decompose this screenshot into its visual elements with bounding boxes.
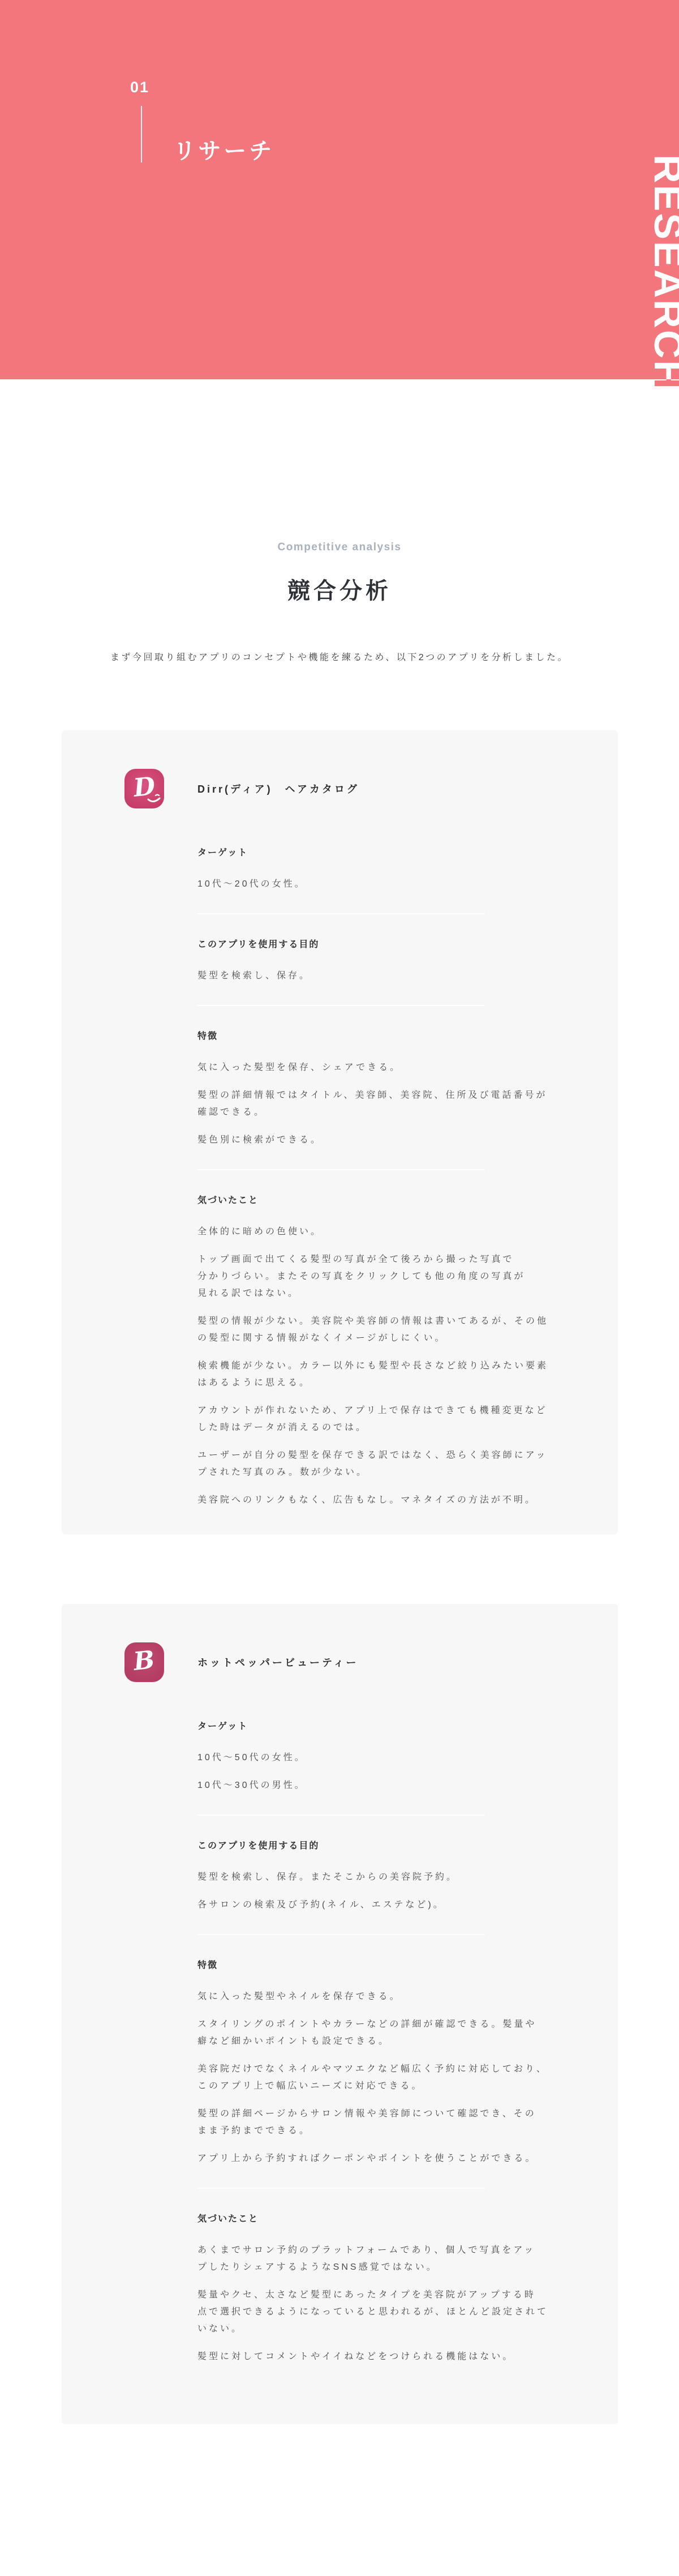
section-eyebrow: Competitive analysis [0, 541, 679, 554]
section-paragraph: アプリ上から予約すればクーポンやポイントを使うことができる。 [197, 2150, 548, 2167]
section-paragraph: あくまでサロン予約のプラットフォームであり、個人で写真をアッ プしたりシェアする… [197, 2242, 548, 2276]
app-review-card: Bホットペッパービューティーターゲット10代〜50代の女性。10代〜30代の男性… [62, 1604, 618, 2424]
section-heading: 気づいたこと [197, 1194, 548, 1208]
research-side-label: RESEARCH [648, 155, 679, 391]
section-paragraph: 髪型の詳細ページからサロン情報や美容師について確認でき、その まま予約までできる… [197, 2106, 548, 2139]
chapter-number: 01 [130, 80, 149, 95]
section-heading: 特徴 [197, 1030, 548, 1043]
smiley-icon [147, 794, 161, 804]
section-divider [197, 913, 485, 914]
chapter-title: リサーチ [173, 140, 274, 162]
section-divider [197, 1815, 485, 1816]
dirr-app-icon: D [124, 769, 164, 808]
section-paragraph: 各サロンの検索及び予約(ネイル、エステなど)。 [197, 1897, 548, 1914]
card-sections: ターゲット10代〜20代の女性。このアプリを使用する目的髪型を検索し、保存。特徴… [197, 846, 548, 1509]
research-page: { "theme": { "banner_bg": "#f4767d", "ca… [0, 0, 679, 2576]
section-paragraph: 美容院へのリンクもなく、広告もなし。マネタイズの方法が不明。 [197, 1492, 548, 1509]
section-heading: 気づいたこと [197, 2213, 548, 2226]
section-paragraph: 全体的に暗めの色使い。 [197, 1223, 548, 1240]
hotpepper-beauty-app-icon: B [124, 1642, 164, 1682]
section-paragraph: 気に入った髪型やネイルを保存できる。 [197, 1988, 548, 2005]
section-paragraph: 髪型を検索し、保存。またそこからの美容院予約。 [197, 1869, 548, 1886]
section-divider [197, 1005, 485, 1006]
section-paragraph: ユーザーが自分の髪型を保存できる訳ではなく、恐らく美容師にアッ プされた写真のみ… [197, 1447, 548, 1481]
banner-divider-line [141, 106, 142, 162]
card-header: Bホットペッパービューティー [62, 1604, 618, 1682]
section-paragraph: アカウントが作れないため、アプリ上で保存はできても機種変更など した時はデータが… [197, 1402, 548, 1436]
app-title: ホットペッパービューティー [197, 1655, 359, 1670]
section-heading: 特徴 [197, 1959, 548, 1972]
section-paragraph: 髪色別に検索ができる。 [197, 1132, 548, 1149]
section-paragraph: 髪型の情報が少ない。美容院や美容師の情報は書いてあるが、その他 の髪型に関する情… [197, 1313, 548, 1347]
section-divider [197, 1934, 485, 1935]
section-paragraph: 髪量やクセ、太さなど髪型にあったタイプを美容院がアップする時 点で選択できるよう… [197, 2287, 548, 2338]
section-paragraph: 髪型を検索し、保存。 [197, 968, 548, 985]
card-header: DDirr(ディア) ヘアカタログ [62, 730, 618, 808]
card-sections: ターゲット10代〜50代の女性。10代〜30代の男性。このアプリを使用する目的髪… [197, 1720, 548, 2365]
app-title: Dirr(ディア) ヘアカタログ [197, 781, 359, 796]
section-paragraph: 気に入った髪型を保存、シェアできる。 [197, 1059, 548, 1076]
section-paragraph: 髪型の詳細情報ではタイトル、美容師、美容院、住所及び電話番号が 確認できる。 [197, 1087, 548, 1121]
section-heading: このアプリを使用する目的 [197, 938, 548, 952]
section-heading: このアプリを使用する目的 [197, 1839, 548, 1853]
research-banner: 01 リサーチ [0, 0, 679, 379]
section-paragraph: 10代〜30代の男性。 [197, 1777, 548, 1794]
section-paragraph: 10代〜20代の女性。 [197, 876, 548, 893]
section-paragraph: トップ画面で出てくる髪型の写真が全て後ろから撮った写真で 分かりづらい。またその… [197, 1251, 548, 1302]
section-paragraph: 髪型に対してコメントやイイねなどをつけられる機能はない。 [197, 2348, 548, 2365]
section-description: まず今回取り組むアプリのコンセプトや機能を練るため、以下2つのアプリを分析しまし… [0, 651, 679, 665]
section-paragraph: スタイリングのポイントやカラーなどの詳細が確認できる。髪量や 癖など細かいポイン… [197, 2016, 548, 2050]
section-heading: ターゲット [197, 1720, 548, 1734]
app-review-card: DDirr(ディア) ヘアカタログターゲット10代〜20代の女性。このアプリを使… [62, 730, 618, 1534]
section-paragraph: 検索機能が少ない。カラー以外にも髪型や長さなど絞り込みたい要素 はあるように思え… [197, 1358, 548, 1392]
app-icon-letter: B [132, 1648, 156, 1675]
section-paragraph: 美容院だけでなくネイルやマツエクなど幅広く予約に対応しており、 このアプリ上で幅… [197, 2061, 548, 2095]
section-heading: ターゲット [197, 846, 548, 860]
section-divider [197, 1169, 485, 1170]
section-paragraph: 10代〜50代の女性。 [197, 1749, 548, 1766]
section-title: 競合分析 [0, 573, 679, 605]
section-divider [197, 2188, 485, 2189]
